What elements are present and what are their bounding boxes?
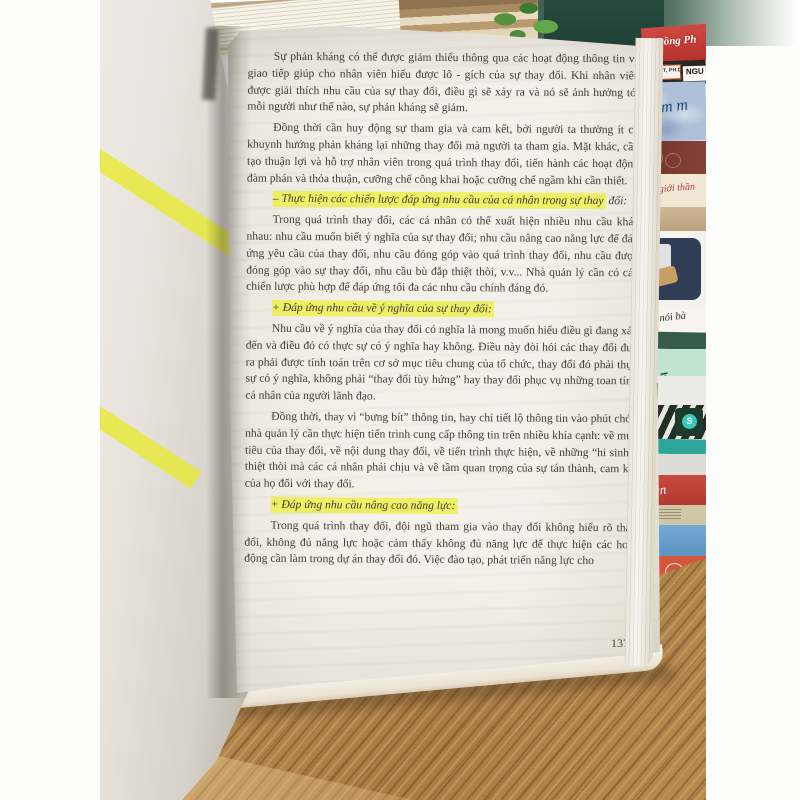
- highlighted-heading: + Đáp ứng nhu cầu nâng cao năng lực:: [245, 497, 637, 517]
- heading-rest: đổi:: [608, 195, 627, 208]
- paragraph: Nhu cầu về ý nghĩa của thay đổi có nghĩa…: [245, 321, 638, 408]
- highlighted-heading: + Đáp ứng nhu cầu về ý nghĩa của sự thay…: [246, 300, 638, 320]
- highlight-mark: – Thực hiện các chiến lược đáp ứng nhu c…: [273, 191, 606, 209]
- highlighted-heading: – Thực hiện các chiến lược đáp ứng nhu c…: [247, 191, 639, 211]
- right-book-page: Sự phản kháng có thể được giảm thiểu thô…: [225, 24, 665, 700]
- paragraph: Trong quá trình thay đổi, đội ngũ tham g…: [244, 517, 636, 570]
- highlight-mark: + Đáp ứng nhu cầu nâng cao năng lực:: [271, 497, 458, 514]
- paragraph: Đồng thời, thay vì “bưng bít” thông tin,…: [245, 409, 638, 496]
- left-page-line: ách hiểu và giải mã được: [92, 350, 101, 649]
- book-spine-title-chip: NGU: [683, 66, 706, 82]
- paragraph: Đồng thời cần huy động sự tham gia và ca…: [247, 120, 639, 190]
- highlight-mark: + Đáp ứng nhu cầu về ý nghĩa của sự thay…: [272, 300, 494, 318]
- book-spine-label: NGU: [683, 66, 706, 77]
- photo-open-book-scene: Đồng Ph M.GENETT, PH.D. NGU ĩ tìm m Thế …: [0, 0, 800, 800]
- page-body-text: Sự phản kháng có thể được giảm thiểu thô…: [244, 49, 640, 575]
- paragraph: Sự phản kháng có thể được giảm thiểu thô…: [247, 49, 639, 119]
- teal-dot-badge: S: [682, 414, 697, 429]
- paragraph: Trong quá trình thay đổi, các cá nhân có…: [246, 212, 639, 299]
